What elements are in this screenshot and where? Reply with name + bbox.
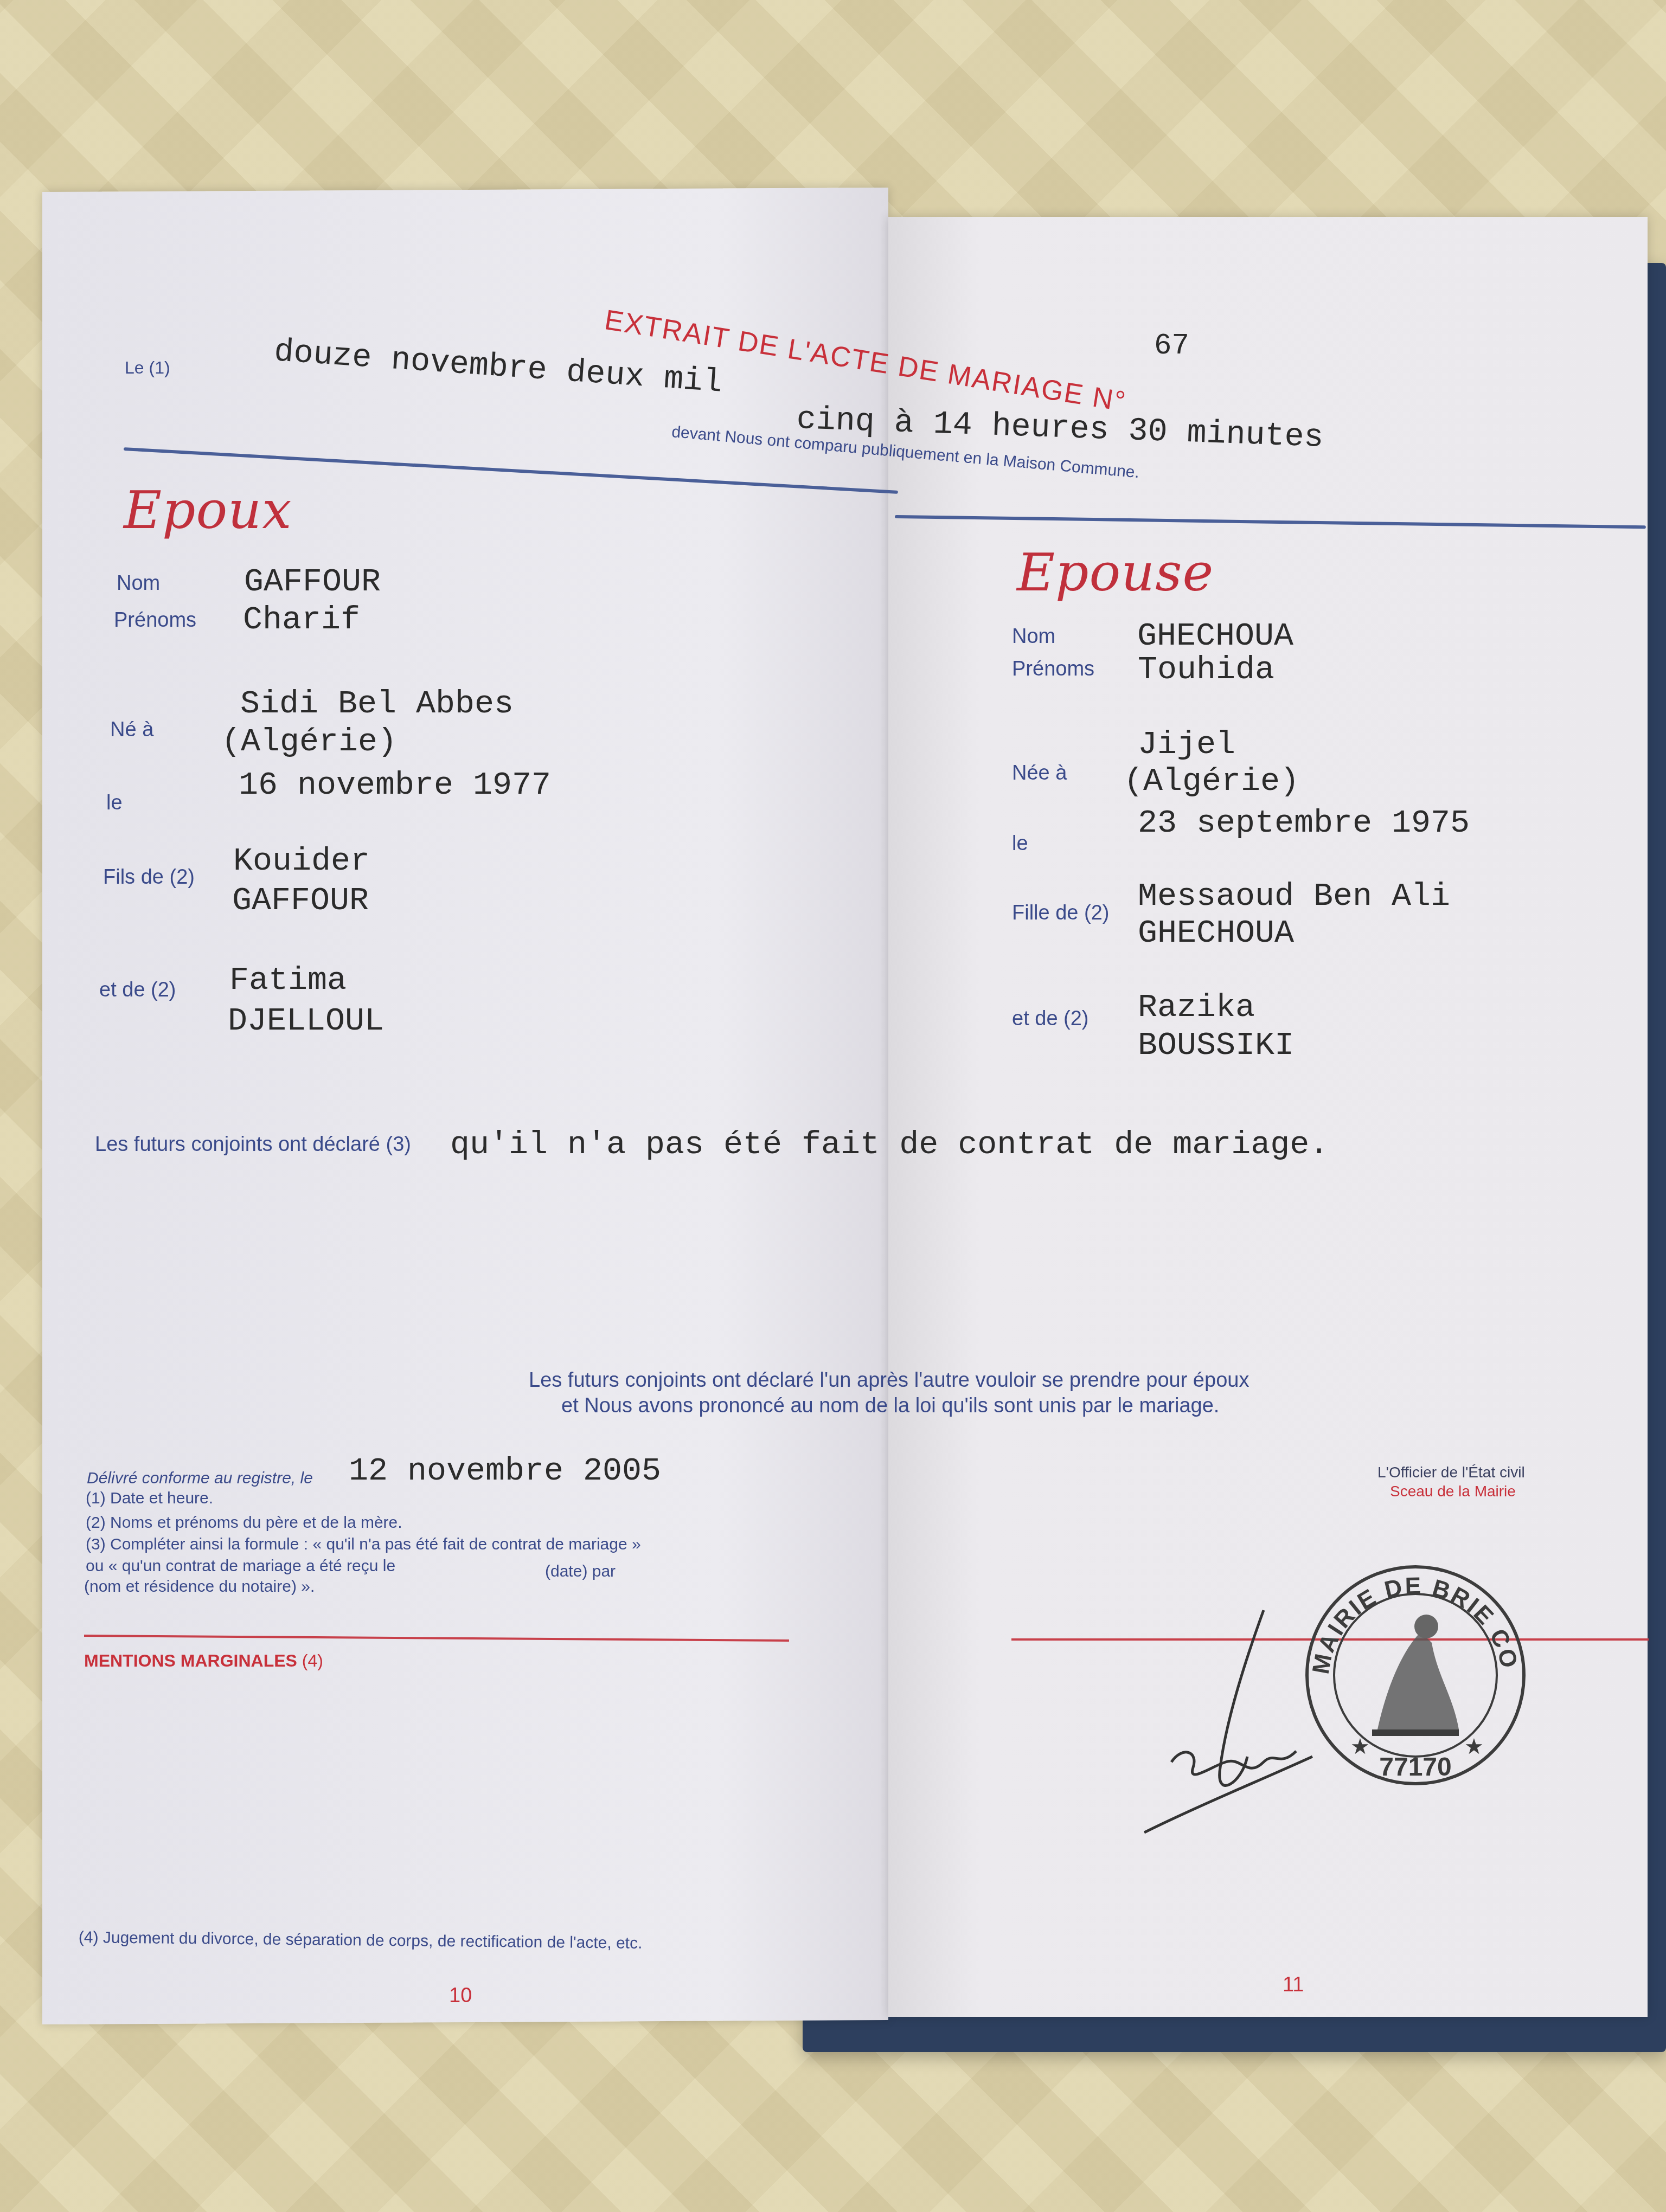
footnote-1: (1) Date et heure.: [86, 1488, 213, 1509]
epouse-heading: Epouse: [1017, 542, 1214, 603]
epoux-birthplace-line1: Sidi Bel Abbes: [240, 686, 514, 723]
page-number-right: 11: [1283, 1973, 1304, 1997]
contract-label: Les futurs conjoints ont déclaré (3): [95, 1133, 411, 1156]
footnote-3-line3: (nom et résidence du notaire) ».: [84, 1577, 315, 1597]
epoux-nom: GAFFOUR: [244, 564, 381, 601]
epoux-father-line1: Kouider: [233, 843, 370, 880]
epouse-birthplace-line2: (Algérie): [1124, 763, 1299, 800]
contract-value: qu'il n'a pas été fait de contrat de mar…: [450, 1127, 1329, 1163]
footnote-2: (2) Noms et prénoms du père et de la mèr…: [86, 1513, 402, 1533]
declaration-line1: Les futurs conjoints ont déclaré l'un ap…: [529, 1369, 1249, 1392]
epoux-fils-de-label: Fils de (2): [103, 866, 195, 889]
epouse-father-line2: GHECHOUA: [1138, 915, 1294, 952]
act-number: 67: [1154, 330, 1189, 363]
mentions-heading-text: MENTIONS MARGINALES: [84, 1651, 297, 1670]
epouse-mother-line2: BOUSSIKI: [1138, 1027, 1294, 1064]
epouse-nom-label: Nom: [1012, 625, 1055, 648]
mentions-heading: MENTIONS MARGINALES (4): [84, 1651, 323, 1671]
epouse-prenoms: Touhida: [1138, 652, 1274, 689]
epouse-birthdate: 23 septembre 1975: [1138, 805, 1470, 842]
mentions-ref: (4): [302, 1651, 323, 1670]
svg-text:★: ★: [1464, 1735, 1484, 1759]
seal-label: Sceau de la Mairie: [1390, 1483, 1516, 1500]
page-number-left: 10: [449, 1984, 472, 2008]
epouse-birthplace-line1: Jijel: [1138, 726, 1235, 763]
epoux-mother-line1: Fatima: [229, 962, 347, 999]
epoux-mother-line2: DJELLOUL: [228, 1003, 384, 1040]
epoux-prenoms: Charif: [243, 602, 360, 639]
epoux-ne-a-label: Né à: [110, 718, 153, 742]
left-page: [42, 188, 888, 2024]
stamp-code: 77170: [1379, 1753, 1451, 1782]
delivery-label: Délivré conforme au registre, le: [87, 1469, 313, 1488]
mairie-stamp-icon: MAIRIE DE BRIE COMTE ROBERT ★ ★ 77170: [1296, 1556, 1535, 1795]
epouse-mother-line1: Razika: [1138, 989, 1255, 1026]
epouse-nom: GHECHOUA: [1137, 618, 1293, 655]
epoux-le-label: le: [106, 792, 123, 815]
epouse-father-line1: Messaoud Ben Ali: [1138, 878, 1450, 915]
epouse-fille-de-label: Fille de (2): [1012, 902, 1110, 925]
epoux-birthdate: 16 novembre 1977: [239, 767, 551, 804]
svg-text:★: ★: [1350, 1735, 1370, 1759]
epouse-et-de-label: et de (2): [1012, 1007, 1089, 1031]
date-label: Le (1): [125, 358, 170, 378]
footnote-3-line2b: (date) par: [545, 1561, 616, 1582]
epoux-nom-label: Nom: [117, 572, 160, 595]
officer-title: L'Officier de l'État civil: [1377, 1464, 1525, 1481]
footnote-3-line1: (3) Compléter ainsi la formule : « qu'il…: [86, 1534, 641, 1555]
delivery-date: 12 novembre 2005: [349, 1453, 661, 1490]
footnote-3-line2a: ou « qu'un contrat de mariage a été reçu…: [86, 1556, 395, 1577]
epouse-nee-a-label: Née à: [1012, 762, 1067, 785]
declaration-line2: et Nous avons prononcé au nom de la loi …: [561, 1394, 1219, 1418]
epoux-et-de-label: et de (2): [99, 979, 176, 1002]
epouse-le-label: le: [1012, 832, 1028, 856]
epoux-heading: Epoux: [124, 480, 292, 541]
epoux-birthplace-line2: (Algérie): [221, 724, 397, 761]
epouse-prenoms-label: Prénoms: [1012, 658, 1094, 681]
epoux-prenoms-label: Prénoms: [114, 609, 196, 632]
epoux-father-line2: GAFFOUR: [232, 883, 369, 919]
